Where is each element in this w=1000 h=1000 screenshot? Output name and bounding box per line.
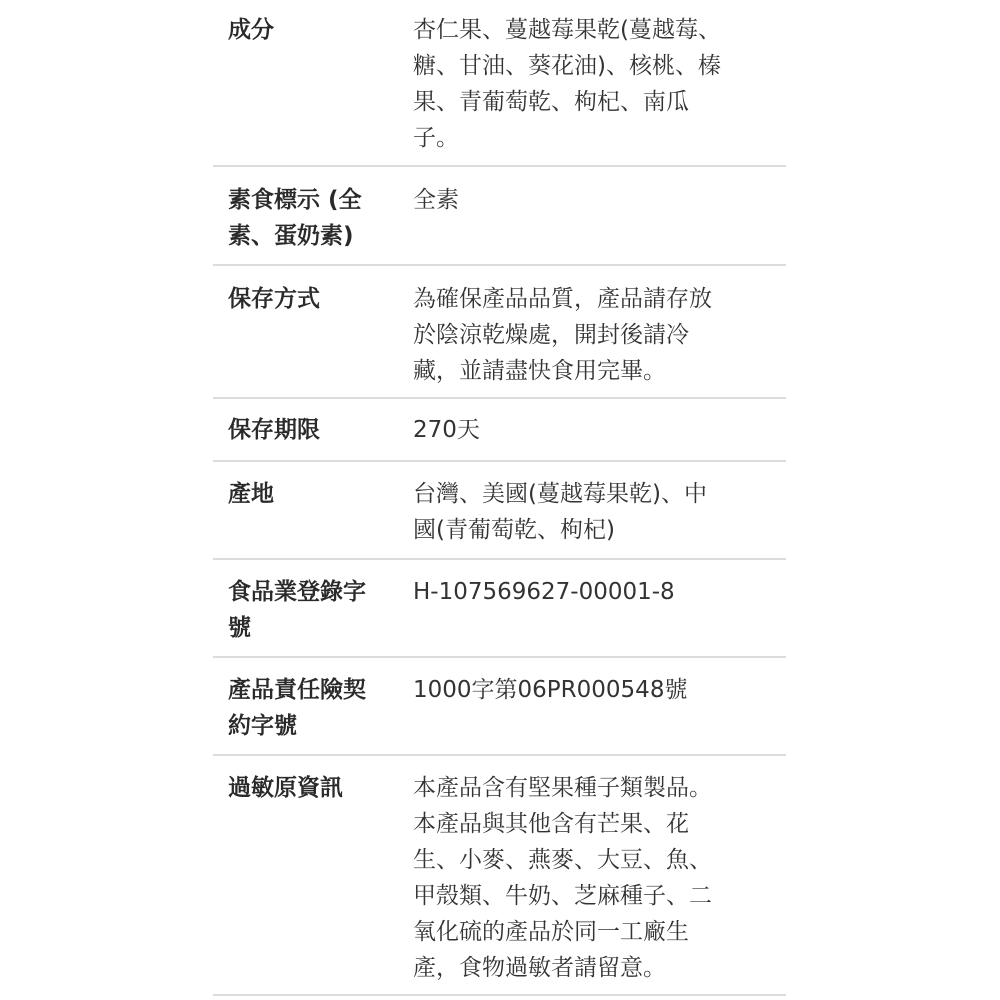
label-line: 保存期限 bbox=[228, 412, 403, 448]
value-line: 果、青葡萄乾、枸杞、南瓜 bbox=[413, 84, 774, 120]
value-line: 產，食物過敏者請留意。 bbox=[413, 950, 774, 986]
spec-label: 產品責任險契 約字號 bbox=[213, 672, 413, 754]
value-line: 子。 bbox=[413, 120, 774, 156]
label-line: 產地 bbox=[228, 476, 403, 512]
label-line: 約字號 bbox=[228, 708, 403, 744]
value-line: 糖、甘油、葵花油)、核桃、榛 bbox=[413, 48, 774, 84]
label-line: 成分 bbox=[228, 12, 403, 48]
spec-row-liability-insurance: 產品責任險契 約字號 1000字第06PR000548號 bbox=[213, 658, 786, 756]
spec-label: 過敏原資訊 bbox=[213, 770, 413, 994]
label-line: 保存方式 bbox=[228, 281, 403, 317]
spec-row-storage-method: 保存方式 為確保產品品質，產品請存放 於陰涼乾燥處，開封後請冷 藏，並請盡快食用… bbox=[213, 266, 786, 399]
value-line: 本產品含有堅果種子類製品。 bbox=[413, 770, 774, 806]
spec-value: 台灣、美國(蔓越莓果乾)、中 國(青葡萄乾、枸杞) bbox=[413, 476, 786, 558]
label-line: 產品責任險契 bbox=[228, 672, 403, 708]
spec-row-allergen-info: 過敏原資訊 本產品含有堅果種子類製品。 本產品與其他含有芒果、花 生、小麥、燕麥… bbox=[213, 756, 786, 996]
value-line: 1000字第06PR000548號 bbox=[413, 672, 774, 708]
value-line: 台灣、美國(蔓越莓果乾)、中 bbox=[413, 476, 774, 512]
value-line: 本產品與其他含有芒果、花 bbox=[413, 806, 774, 842]
spec-value: 1000字第06PR000548號 bbox=[413, 672, 786, 754]
spec-label: 保存期限 bbox=[213, 412, 413, 460]
label-line: 素食標示 (全 bbox=[228, 182, 403, 218]
value-line: 為確保產品品質，產品請存放 bbox=[413, 281, 774, 317]
value-line: 藏，並請盡快食用完畢。 bbox=[413, 353, 774, 389]
spec-label: 食品業登錄字 號 bbox=[213, 574, 413, 656]
value-line: 杏仁果、蔓越莓果乾(蔓越莓、 bbox=[413, 12, 774, 48]
value-line: 氧化硫的產品於同一工廠生 bbox=[413, 914, 774, 950]
spec-label: 成分 bbox=[213, 12, 413, 165]
spec-row-shelf-life: 保存期限 270天 bbox=[213, 399, 786, 462]
spec-value: 全素 bbox=[413, 182, 786, 264]
value-line: 生、小麥、燕麥、大豆、魚、 bbox=[413, 842, 774, 878]
label-line: 食品業登錄字 bbox=[228, 574, 403, 610]
value-line: 270天 bbox=[413, 412, 774, 448]
spec-row-origin: 產地 台灣、美國(蔓越莓果乾)、中 國(青葡萄乾、枸杞) bbox=[213, 462, 786, 560]
spec-label: 產地 bbox=[213, 476, 413, 558]
spec-label: 素食標示 (全 素、蛋奶素) bbox=[213, 182, 413, 264]
spec-value: 杏仁果、蔓越莓果乾(蔓越莓、 糖、甘油、葵花油)、核桃、榛 果、青葡萄乾、枸杞、… bbox=[413, 12, 786, 165]
spec-value: 本產品含有堅果種子類製品。 本產品與其他含有芒果、花 生、小麥、燕麥、大豆、魚、… bbox=[413, 770, 786, 994]
label-line: 素、蛋奶素) bbox=[228, 218, 403, 254]
label-line: 號 bbox=[228, 610, 403, 646]
spec-row-ingredients: 成分 杏仁果、蔓越莓果乾(蔓越莓、 糖、甘油、葵花油)、核桃、榛 果、青葡萄乾、… bbox=[213, 0, 786, 167]
spec-value: H-107569627-00001-8 bbox=[413, 574, 786, 656]
spec-row-food-business-registration: 食品業登錄字 號 H-107569627-00001-8 bbox=[213, 560, 786, 658]
spec-label: 保存方式 bbox=[213, 281, 413, 397]
value-line: 於陰涼乾燥處，開封後請冷 bbox=[413, 317, 774, 353]
label-line: 過敏原資訊 bbox=[228, 770, 403, 806]
value-line: 甲殼類、牛奶、芝麻種子、二 bbox=[413, 878, 774, 914]
spec-value: 270天 bbox=[413, 412, 786, 460]
value-line: 全素 bbox=[413, 182, 774, 218]
product-spec-table: 成分 杏仁果、蔓越莓果乾(蔓越莓、 糖、甘油、葵花油)、核桃、榛 果、青葡萄乾、… bbox=[213, 0, 786, 996]
value-line: H-107569627-00001-8 bbox=[413, 574, 774, 610]
spec-row-vegetarian-label: 素食標示 (全 素、蛋奶素) 全素 bbox=[213, 167, 786, 266]
value-line: 國(青葡萄乾、枸杞) bbox=[413, 512, 774, 548]
spec-value: 為確保產品品質，產品請存放 於陰涼乾燥處，開封後請冷 藏，並請盡快食用完畢。 bbox=[413, 281, 786, 397]
